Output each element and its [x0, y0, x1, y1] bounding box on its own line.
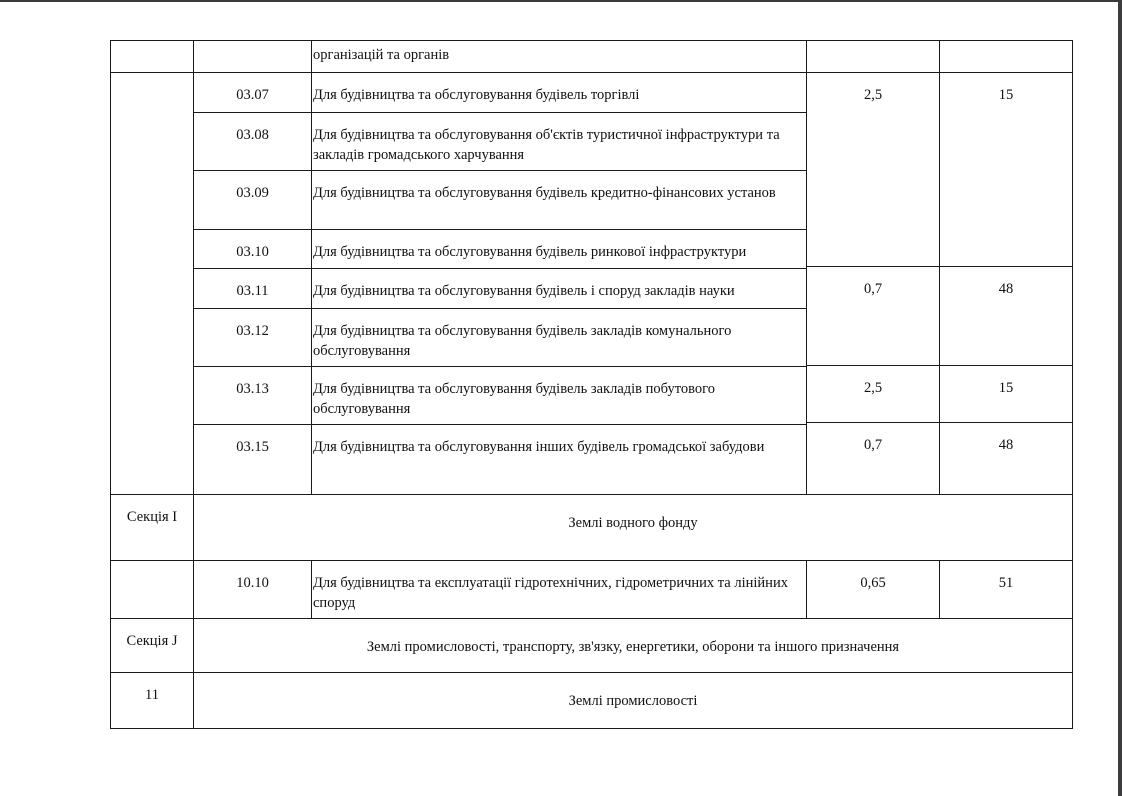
- cont-section-cell: [110, 40, 194, 73]
- row-desc: Для будівництва та обслуговування будіве…: [311, 229, 807, 269]
- cont-code-cell: [193, 40, 312, 73]
- row-code: 03.15: [193, 424, 312, 495]
- section-j-title: Землі промисловості, транспорту, зв'язку…: [193, 618, 1073, 673]
- row-code: 03.08: [193, 112, 312, 171]
- coef-cell: 0,65: [806, 560, 940, 619]
- value-cell: 15: [939, 72, 1073, 267]
- row-desc: Для будівництва та обслуговування об'єкт…: [311, 112, 807, 171]
- coef-cell: 2,5: [806, 72, 940, 267]
- row-code: 03.11: [193, 268, 312, 309]
- value-cell: 51: [939, 560, 1073, 619]
- coef-cell: 0,7: [806, 422, 940, 495]
- row-code: 03.12: [193, 308, 312, 367]
- row-desc: Для будівництва та обслуговування будіве…: [311, 170, 807, 230]
- row-code: 03.13: [193, 366, 312, 425]
- cont-value-cell: [939, 40, 1073, 73]
- group-03-section-cell: [110, 72, 194, 495]
- page-top-edge: [0, 0, 1122, 2]
- row-code: 03.10: [193, 229, 312, 269]
- row-desc: Для будівництва та обслуговування інших …: [311, 424, 807, 495]
- value-cell: 15: [939, 365, 1073, 423]
- row-code: 03.07: [193, 72, 312, 113]
- coef-cell: 2,5: [806, 365, 940, 423]
- row-desc: Для будівництва та експлуатації гідротех…: [311, 560, 807, 619]
- group-11-title: Землі промисловості: [193, 672, 1073, 729]
- row-desc: Для будівництва та обслуговування будіве…: [311, 308, 807, 367]
- row-desc: Для будівництва та обслуговування будіве…: [311, 366, 807, 425]
- section-j-label: Секція J: [110, 618, 194, 673]
- value-cell: 48: [939, 422, 1073, 495]
- section-i-label: Секція I: [110, 494, 194, 561]
- page-right-edge: [1118, 0, 1122, 796]
- cont-desc-cell: організацій та органів: [311, 40, 807, 73]
- coef-cell: 0,7: [806, 266, 940, 366]
- value-cell: 48: [939, 266, 1073, 366]
- row-code: 10.10: [193, 560, 312, 619]
- cont-coef-cell: [806, 40, 940, 73]
- row-desc: Для будівництва та обслуговування будіве…: [311, 268, 807, 309]
- section-i-title: Землі водного фонду: [193, 494, 1073, 561]
- row-desc: Для будівництва та обслуговування будіве…: [311, 72, 807, 113]
- row-1010-section-cell: [110, 560, 194, 619]
- row-code: 03.09: [193, 170, 312, 230]
- group-11-label: 11: [110, 672, 194, 729]
